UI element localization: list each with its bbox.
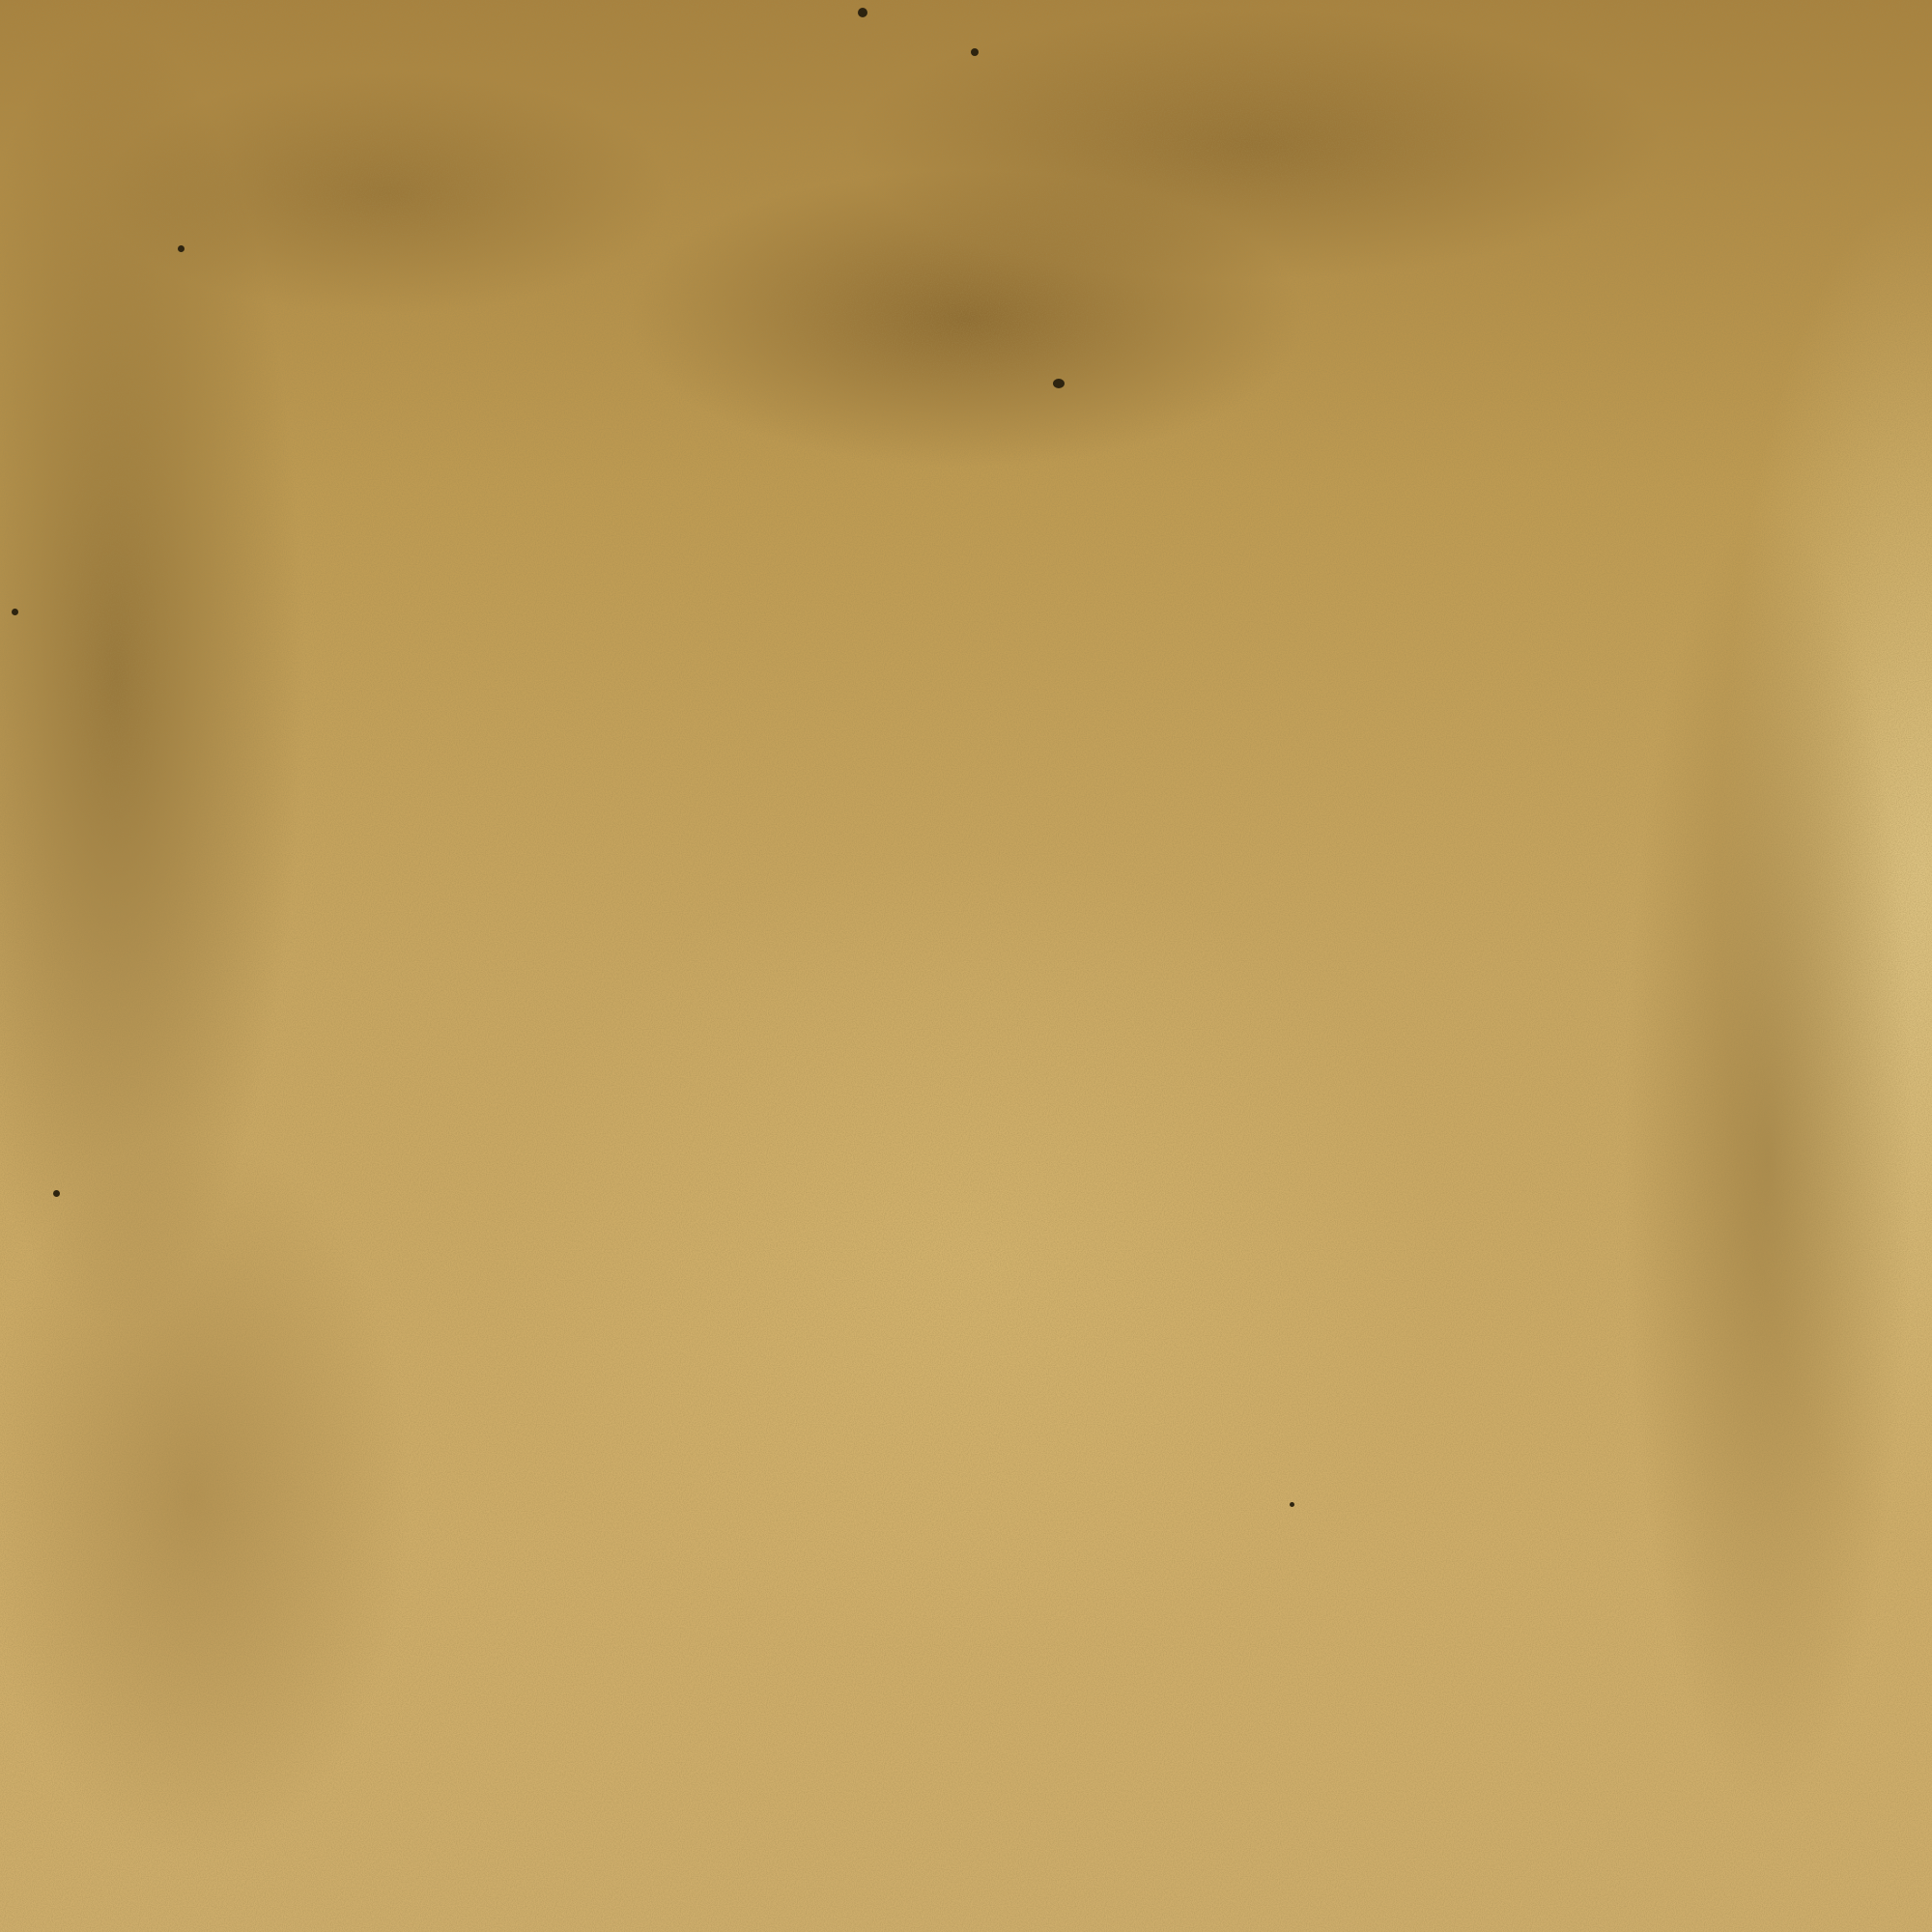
speck bbox=[178, 245, 185, 252]
speck bbox=[1290, 1502, 1294, 1507]
parchment-texture bbox=[0, 0, 1932, 1932]
speck bbox=[858, 8, 867, 17]
speck bbox=[53, 1190, 60, 1197]
speck bbox=[1053, 379, 1065, 388]
speck bbox=[12, 609, 18, 615]
paper-grain bbox=[0, 0, 1932, 1932]
speck bbox=[971, 48, 979, 56]
